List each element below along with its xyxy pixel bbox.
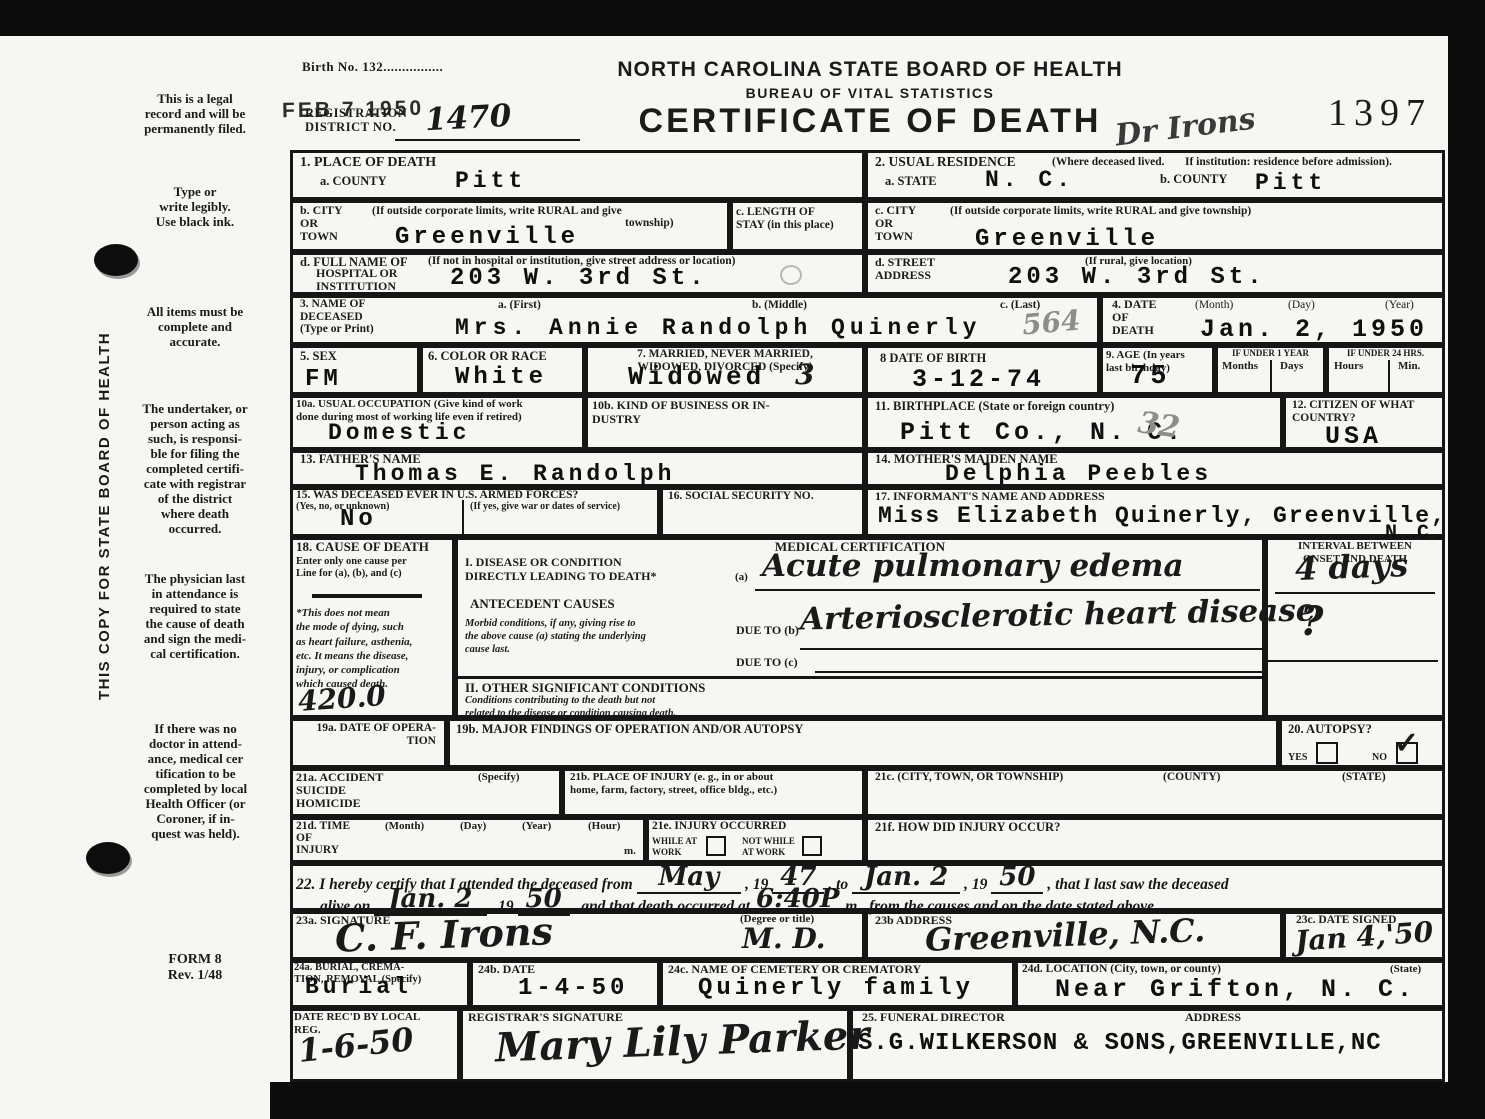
toi-day-label: (Day): [460, 820, 486, 833]
marital-hand-note: 3: [795, 358, 814, 391]
name-pencil-note: 564: [1021, 304, 1082, 342]
physician-signature: C. F. Irons: [334, 908, 553, 961]
autopsy-label: 20. AUTOPSY?: [1288, 722, 1372, 736]
residence-state-label: a. STATE: [885, 174, 937, 188]
sex-value: FM: [305, 366, 342, 393]
disease-label: I. DISEASE OR CONDITION DIRECTLY LEADING…: [465, 556, 657, 584]
injury-state-label: (STATE): [1342, 771, 1386, 784]
autopsy-no-label: NO: [1372, 752, 1387, 764]
residence-state-value: N. C.: [985, 167, 1074, 193]
institution-label2: HOSPITAL OR INSTITUTION: [316, 267, 397, 293]
funeral-address-label: ADDRESS: [1185, 1011, 1241, 1025]
burial-location-state-label: (State): [1390, 963, 1421, 976]
dob-label: 8 DATE OF BIRTH: [880, 351, 986, 365]
armed-forces-value: No: [340, 506, 377, 533]
line-a-rule: [755, 589, 1260, 591]
scan-edge-top: [0, 0, 1485, 36]
district-no-value: 1470: [424, 98, 512, 138]
place-city-note: (If outside corporate limits, write RURA…: [372, 205, 622, 218]
margin-note-no-doctor: If there was no doctor in attend- ance, …: [118, 722, 273, 842]
certify-time-value: 6:40P: [754, 884, 841, 914]
funeral-director-value: S.G.WILKERSON & SONS,GREENVILLE,NC: [858, 1030, 1382, 1057]
line-c-rule: [815, 671, 1262, 673]
injury-county-label: (COUNTY): [1163, 771, 1221, 784]
line-a-label: (a): [735, 571, 748, 584]
burial-value: Burial: [305, 974, 412, 1000]
residence-note2: If institution: residence before admissi…: [1185, 156, 1392, 169]
dod-month-label: (Month): [1195, 299, 1233, 312]
board-title: NORTH CAROLINA STATE BOARD OF HEALTH: [480, 58, 1260, 82]
autopsy-yes-checkbox: [1316, 742, 1338, 764]
accident-specify-label: (Specify): [478, 771, 520, 784]
cause-sub: Enter only one cause per Line for (a), (…: [296, 556, 407, 580]
deceased-name-value: Mrs. Annie Randolph Quinerly: [455, 315, 981, 341]
interval-b-value: ?: [1300, 598, 1323, 645]
funeral-director-label: 25. FUNERAL DIRECTOR: [862, 1011, 1005, 1025]
sex-label: 5. SEX: [300, 349, 337, 363]
residence-city-note: (If outside corporate limits, write RURA…: [950, 205, 1251, 218]
occupation-value: Domestic: [328, 420, 470, 446]
time-of-injury-label: 21d. TIME OF INJURY: [296, 820, 350, 856]
age-value: 75: [1130, 362, 1170, 392]
margin-note-legal: This is a legal record and will be perma…: [120, 92, 270, 137]
mother-value: Delphia Peebles: [945, 461, 1212, 487]
cause-a-value: Acute pulmonary edema: [762, 548, 1184, 584]
toi-m-label: m.: [624, 845, 636, 858]
length-of-stay-label: c. LENGTH OF STAY (in this place): [736, 206, 834, 232]
informant-label: 17. INFORMANT'S NAME AND ADDRESS: [875, 490, 1105, 504]
certificate-number: 1397: [1328, 92, 1432, 136]
morbid-note: Morbid conditions, if any, giving rise t…: [465, 617, 646, 656]
burial-date-value: 1-4-50: [518, 975, 628, 1002]
while-at-work-label: WHILE AT WORK: [652, 836, 697, 858]
months-days-divider: [1270, 360, 1272, 395]
interval-b-rule: [1268, 660, 1438, 662]
cause-code: 420.0: [297, 679, 387, 718]
days-label: Days: [1280, 360, 1303, 373]
other-conditions-note: Conditions contributing to the death but…: [465, 695, 676, 720]
toi-hour-label: (Hour): [588, 820, 620, 833]
months-label: Months: [1222, 360, 1258, 373]
cause-title: 18. CAUSE OF DEATH: [296, 540, 429, 555]
scan-edge-right: [1448, 36, 1485, 1119]
bureau-subtitle: BUREAU OF VITAL STATISTICS: [480, 85, 1260, 101]
antecedent-label: ANTECEDENT CAUSES: [470, 597, 615, 612]
street-address-value: 203 W. 3rd St.: [1008, 264, 1266, 291]
ssn-label: 16. SOCIAL SECURITY NO.: [668, 490, 814, 503]
due-to-c-label: DUE TO (c): [736, 656, 798, 670]
toi-year-label: (Year): [522, 820, 551, 833]
findings-label: 19b. MAJOR FINDINGS OF OPERATION AND/OR …: [456, 722, 803, 736]
county-label: a. COUNTY: [320, 174, 387, 188]
armed-forces-sub2: (If yes, give war or dates of service): [470, 501, 620, 513]
section-ii-rule: [455, 676, 1265, 679]
cause-note: *This does not mean the mode of dying, s…: [296, 606, 412, 692]
autopsy-no-checkmark: ✓: [1394, 726, 1419, 761]
margin-note-ink: Type or write legibly. Use black ink.: [120, 185, 270, 230]
burial-location-value: Near Grifton, N. C.: [1055, 975, 1416, 1004]
degree-value: M. D.: [742, 922, 826, 955]
place-city-value: Greenville: [395, 224, 579, 251]
margin-vertical-text: THIS COPY FOR STATE BOARD OF HEALTH: [96, 332, 113, 700]
not-while-at-work-checkbox: [802, 836, 822, 856]
place-city-note2: township): [625, 217, 674, 230]
residence-city-label: c. CITY OR TOWN: [875, 204, 916, 244]
line-b-rule: [800, 648, 1262, 650]
deceased-name-label: 3. NAME OF DECEASED (Type or Print): [300, 298, 374, 336]
birthplace-pencil-note: 32: [1136, 405, 1182, 445]
margin-note-physician: The physician last in attendance is requ…: [120, 572, 270, 662]
district-no-label: REGISTRATION DISTRICT NO.: [305, 106, 407, 135]
other-conditions-label: II. OTHER SIGNIFICANT CONDITIONS: [465, 681, 705, 696]
scan-edge-bottom: [270, 1082, 1448, 1119]
name-middle-label: b. (Middle): [752, 299, 807, 312]
residence-county-label: b. COUNTY: [1160, 172, 1227, 186]
dod-year-label: (Year): [1385, 299, 1414, 312]
father-value: Thomas E. Randolph: [355, 461, 675, 487]
date-of-death-label: 4. DATE OF DEATH: [1112, 298, 1156, 338]
how-injury-label: 21f. HOW DID INJURY OCCUR?: [875, 820, 1060, 834]
place-city-label: b. CITY OR TOWN: [300, 204, 343, 244]
stray-mark: [780, 265, 802, 285]
operation-label: 19a. DATE OF OPERA- TION: [296, 722, 436, 748]
date-of-death-value: Jan. 2, 1950: [1200, 315, 1428, 344]
residence-county-value: Pitt: [1255, 170, 1326, 196]
birthplace-label: 11. BIRTHPLACE (State or foreign country…: [875, 399, 1114, 413]
death-certificate-scan: { "margin": { "vertical": "THIS COPY FOR…: [0, 0, 1485, 1119]
marital-value: Widowed: [628, 362, 765, 392]
hours-min-divider: [1388, 360, 1390, 395]
form-number: FORM 8 Rev. 1/48: [130, 952, 260, 984]
hours-label: Hours: [1334, 360, 1363, 373]
toi-month-label: (Month): [385, 820, 424, 833]
street-address-label: d. STREET ADDRESS: [875, 256, 935, 282]
min-label: Min.: [1398, 360, 1420, 373]
county-value: Pitt: [455, 168, 526, 194]
injury-occurred-label: 21e. INJURY OCCURRED: [652, 820, 786, 833]
certify-text-8: , and that death occurred at: [574, 898, 751, 915]
place-of-injury-label: 21b. PLACE OF INJURY (e. g., in or about…: [570, 771, 777, 797]
informant-value: Miss Elizabeth Quinerly, Greenville,: [878, 503, 1447, 529]
race-label: 6. COLOR OR RACE: [428, 349, 547, 363]
cause-rule: [312, 594, 422, 598]
cemetery-value: Quinerly family: [698, 975, 974, 1002]
punch-hole-bottom: [86, 842, 130, 874]
punch-hole-top: [94, 244, 138, 276]
birth-no-label: Birth No. 132................: [302, 60, 443, 75]
name-first-label: a. (First): [498, 299, 541, 312]
race-value: White: [455, 364, 547, 391]
residence-city-value: Greenville: [975, 226, 1159, 253]
accident-label: 21a. ACCIDENT SUICIDE HOMICIDE: [296, 771, 383, 811]
margin-note-complete: All items must be complete and accurate.: [120, 305, 270, 350]
citizen-value: USA: [1325, 422, 1382, 451]
injury-city-label: 21c. (CITY, TOWN, OR TOWNSHIP): [875, 771, 1063, 784]
dod-day-label: (Day): [1288, 299, 1315, 312]
business-label: 10b. KIND OF BUSINESS OR IN- DUSTRY: [592, 399, 770, 427]
armed-forces-divider: [462, 500, 464, 537]
while-at-work-checkbox: [706, 836, 726, 856]
margin-note-undertaker: The undertaker, or person acting as such…: [120, 402, 270, 536]
dob-value: 3-12-74: [912, 365, 1045, 394]
institution-value: 203 W. 3rd St.: [450, 265, 708, 292]
under1-label: IF UNDER 1 YEAR: [1215, 348, 1326, 358]
autopsy-yes-label: YES: [1288, 752, 1307, 764]
place-of-death-title: 1. PLACE OF DEATH: [300, 155, 436, 171]
due-to-b-label: DUE TO (b): [736, 624, 799, 638]
interval-a-value: 4 days: [1294, 546, 1408, 588]
not-while-at-work-label: NOT WHILE AT WORK: [742, 836, 795, 858]
under24-label: IF UNDER 24 HRS.: [1326, 348, 1445, 358]
